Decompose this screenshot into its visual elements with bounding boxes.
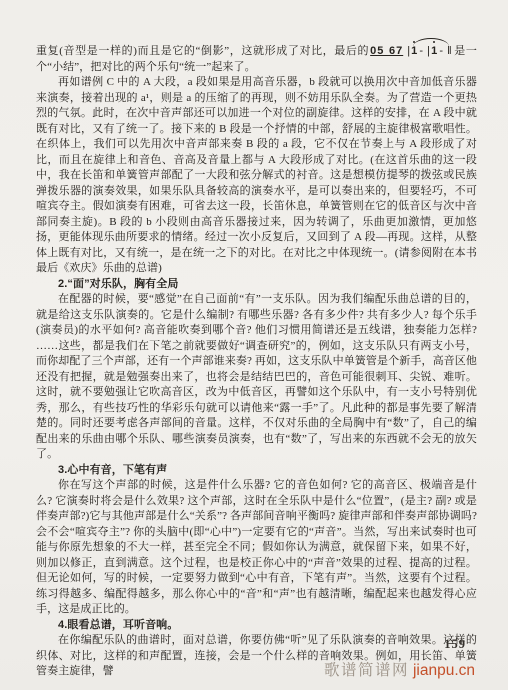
music-notation: 05 67|1-|1-‖ — [369, 45, 454, 57]
watermark-site-name: 歌谱简谱网 — [324, 662, 409, 679]
section-heading-2: 2.“面”对乐队，胸有全局 — [36, 277, 477, 293]
watermark-url: jianpu.cn — [413, 662, 475, 679]
paragraph-orchestration-example: 再如谱例 C 中的 A 大段，a 段如果是用高音乐器，b 段就可以换用次中音加低… — [36, 75, 477, 277]
paragraph-continuation: 重复(音型是一样的)而且是它的“倒影”，这就形成了对比，最后的05 67|1-|… — [36, 44, 477, 75]
section-heading-4: 4.眼看总谱，耳听音响。 — [36, 618, 477, 634]
page-number: 159 — [444, 637, 466, 652]
paragraph-sound-in-mind: 你在写这个声部的时候，这是件什么乐器? 它的音色如何? 它的高音区、极端音是什么… — [36, 478, 477, 618]
site-watermark: 歌谱简谱网jianpu.cn — [324, 658, 475, 680]
paragraph-text: 重复(音型是一样的)而且是它的“倒影”，这就形成了对比，最后的 — [36, 45, 369, 57]
section-heading-3: 3.心中有音，下笔有声 — [36, 463, 477, 479]
book-page: 重复(音型是一样的)而且是它的“倒影”，这就形成了对比，最后的05 67|1-|… — [0, 0, 508, 690]
paragraph-know-your-band: 在配器的时候，要“感觉”在自己面前“有”一支乐队。因为我们编配乐曲总谱的目的，就… — [36, 292, 477, 463]
page-content: 重复(音型是一样的)而且是它的“倒影”，这就形成了对比，最后的05 67|1-|… — [36, 44, 477, 680]
notation-note-high-2: 1 — [431, 44, 437, 60]
notation-barline: | — [407, 45, 410, 57]
notation-pickup-beats: 05 67 — [370, 45, 403, 57]
notation-note-high-1: 1 — [411, 44, 417, 60]
